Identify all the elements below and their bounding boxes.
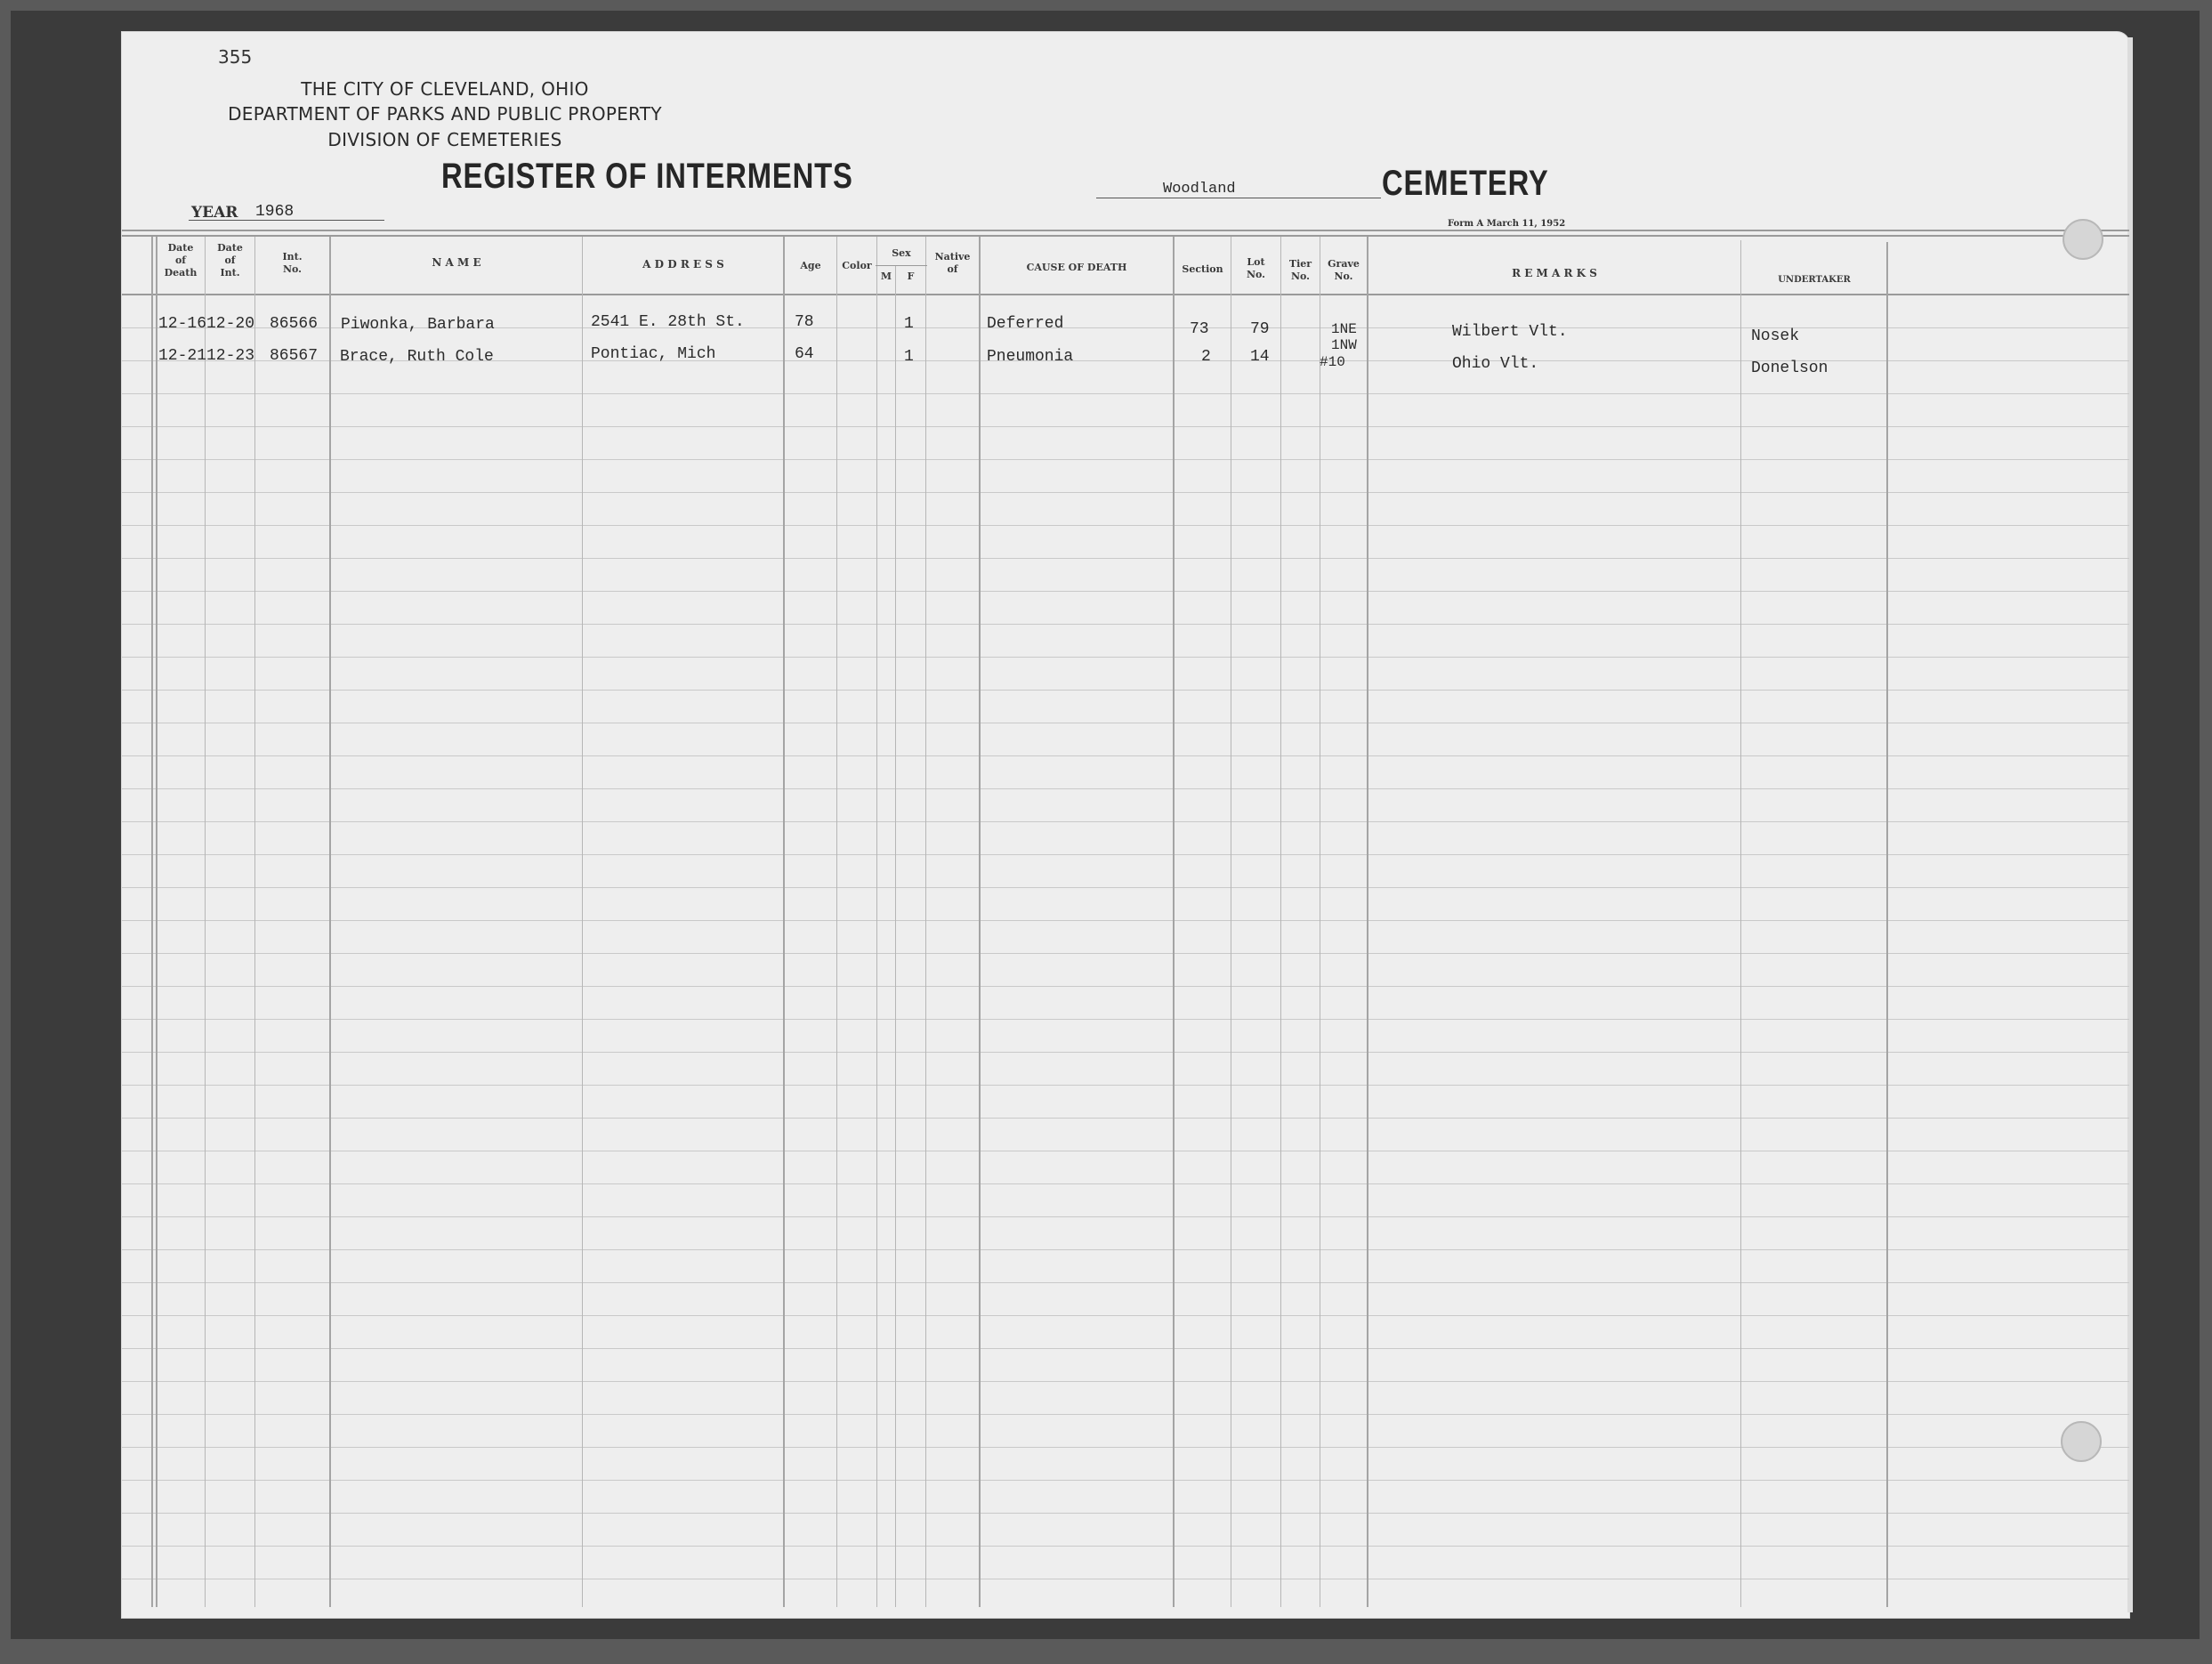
colhead-tier-no: Tier No. bbox=[1281, 258, 1320, 283]
cell-lot-no: 79 bbox=[1250, 320, 1270, 338]
cell-remarks: Ohio Vlt. bbox=[1452, 355, 1538, 373]
ruled-line bbox=[122, 690, 2129, 691]
colhead-sex-f: F bbox=[896, 271, 925, 283]
ruled-line bbox=[122, 558, 2129, 559]
cell-age: 78 bbox=[795, 313, 814, 331]
ruled-line bbox=[122, 788, 2129, 789]
ruled-line bbox=[122, 953, 2129, 954]
cell-grave-no: 1NW bbox=[1331, 337, 1357, 353]
header-department: DEPARTMENT OF PARKS AND PUBLIC PROPERTY bbox=[205, 103, 685, 125]
colhead-lot-no: Lot No. bbox=[1231, 256, 1280, 281]
ruled-line bbox=[122, 525, 2129, 526]
header-bottom-rule bbox=[122, 294, 2129, 295]
header-city: THE CITY OF CLEVELAND, OHIO bbox=[222, 78, 667, 100]
col-line-15 bbox=[1740, 240, 1741, 1607]
cemetery-name: Woodland bbox=[1163, 181, 1236, 198]
cell-undertaker: Nosek bbox=[1751, 327, 1799, 345]
col-line-7 bbox=[876, 237, 877, 1607]
colhead-text: No. bbox=[1320, 271, 1367, 283]
ruled-line bbox=[122, 624, 2129, 625]
top-rule-1 bbox=[122, 230, 2129, 231]
colhead-text: of bbox=[926, 263, 979, 276]
col-line-2 bbox=[254, 237, 255, 1607]
year-value: 1968 bbox=[255, 203, 294, 221]
cell-undertaker: Donelson bbox=[1751, 359, 1828, 377]
colhead-text: Tier bbox=[1281, 258, 1320, 271]
colhead-section: Section bbox=[1175, 263, 1231, 276]
colhead-date-of-int: Date of Int. bbox=[206, 242, 254, 279]
colhead-name: N A M E bbox=[331, 256, 582, 269]
ruled-line bbox=[122, 1183, 2129, 1184]
col-line-14 bbox=[1367, 237, 1368, 1607]
col-line-11 bbox=[1231, 237, 1231, 1607]
ruled-line bbox=[122, 1282, 2129, 1283]
colhead-text: No. bbox=[1231, 269, 1280, 281]
colhead-text: Grave bbox=[1320, 258, 1367, 271]
page-edge bbox=[2127, 37, 2133, 1612]
page-title: REGISTER OF INTERMENTS bbox=[441, 157, 853, 197]
ruled-line bbox=[122, 1216, 2129, 1217]
cell-name: Piwonka, Barbara bbox=[341, 316, 495, 334]
binder-ring-hole-top bbox=[2063, 219, 2103, 260]
ruled-line bbox=[122, 1513, 2129, 1514]
cell-date-of-death: 12-16 bbox=[158, 315, 206, 333]
ruled-line bbox=[122, 459, 2129, 460]
ruled-line bbox=[122, 1249, 2129, 1250]
ruled-line bbox=[122, 1546, 2129, 1547]
ruled-line bbox=[122, 657, 2129, 658]
cell-sex-f: 1 bbox=[904, 315, 914, 333]
ruled-line bbox=[122, 821, 2129, 822]
cell-cause-of-death: Deferred bbox=[987, 315, 1063, 333]
col-line-4 bbox=[582, 237, 583, 1607]
cell-lot-no: 14 bbox=[1250, 348, 1270, 366]
ruled-line bbox=[122, 986, 2129, 987]
cell-date-of-death: 12-21 bbox=[158, 347, 206, 365]
ruled-line bbox=[122, 723, 2129, 723]
cell-age: 64 bbox=[795, 345, 814, 363]
colhead-text: No. bbox=[1281, 271, 1320, 283]
ruled-line bbox=[122, 920, 2129, 921]
cell-section: 73 bbox=[1190, 320, 1209, 338]
col-line-9 bbox=[979, 237, 981, 1607]
ruled-line bbox=[122, 854, 2129, 855]
ruled-line bbox=[122, 1151, 2129, 1151]
colhead-text: Date bbox=[206, 242, 254, 254]
colhead-address: A D D R E S S bbox=[584, 258, 783, 271]
ruled-line bbox=[122, 1414, 2129, 1415]
ruled-line bbox=[122, 1085, 2129, 1086]
sex-header-divider bbox=[876, 265, 927, 266]
colhead-sex: Sex bbox=[877, 247, 925, 260]
ruled-line bbox=[122, 1579, 2129, 1579]
col-line-13 bbox=[1320, 237, 1320, 1607]
ruled-line bbox=[122, 1348, 2129, 1349]
cell-int-no: 86566 bbox=[270, 315, 318, 333]
cell-int-no: 86567 bbox=[270, 347, 318, 365]
colhead-text: Int. bbox=[255, 251, 329, 263]
colhead-text: of bbox=[206, 254, 254, 267]
col-line-3 bbox=[329, 237, 331, 1607]
colhead-remarks: R E M A R K S bbox=[1368, 267, 1740, 279]
cell-cause-of-death: Pneumonia bbox=[987, 348, 1073, 366]
colhead-date-of-death: Date of Death bbox=[157, 242, 205, 279]
cemetery-underline bbox=[1096, 198, 1381, 198]
colhead-text: Native bbox=[926, 251, 979, 263]
col-line-10 bbox=[1173, 237, 1175, 1607]
colhead-undertaker: UNDERTAKER bbox=[1742, 274, 1886, 287]
top-rule-2 bbox=[122, 235, 2129, 237]
cell-grave-no-2: #10 bbox=[1320, 354, 1345, 370]
colhead-text: of bbox=[157, 254, 205, 267]
cell-address: Pontiac, Mich bbox=[591, 345, 715, 363]
colhead-text: Lot bbox=[1231, 256, 1280, 269]
colhead-text: Death bbox=[157, 267, 205, 279]
colhead-grave-no: Grave No. bbox=[1320, 258, 1367, 283]
cell-name: Brace, Ruth Cole bbox=[340, 348, 494, 366]
cell-grave-no: 1NE bbox=[1331, 321, 1357, 337]
col-line-1 bbox=[205, 237, 206, 1607]
col-line-5 bbox=[783, 237, 785, 1607]
binder-ring-hole-bottom bbox=[2061, 1421, 2102, 1462]
col-line-6 bbox=[836, 237, 837, 1607]
col-line-margin-b bbox=[156, 237, 157, 1607]
col-line-margin-a bbox=[151, 237, 153, 1607]
cell-sex-f: 1 bbox=[904, 348, 914, 366]
cemetery-label: CEMETERY bbox=[1382, 164, 1549, 204]
ruled-line bbox=[122, 1447, 2129, 1448]
ruled-line bbox=[122, 1381, 2129, 1382]
ruled-line bbox=[122, 591, 2129, 592]
cell-address: 2541 E. 28th St. bbox=[591, 313, 745, 331]
year-underline bbox=[189, 220, 384, 221]
col-line-12 bbox=[1280, 237, 1281, 1607]
colhead-sex-m: M bbox=[877, 271, 895, 283]
header-division: DIVISION OF CEMETERIES bbox=[222, 129, 667, 150]
ruled-line bbox=[122, 393, 2129, 394]
cell-date-of-int: 12-23 bbox=[206, 347, 254, 365]
col-line-8 bbox=[925, 237, 926, 1607]
colhead-native-of: Native of bbox=[926, 251, 979, 276]
colhead-text: Int. bbox=[206, 267, 254, 279]
ruled-line bbox=[122, 1052, 2129, 1053]
colhead-age: Age bbox=[785, 260, 836, 272]
year-label: YEAR bbox=[191, 204, 238, 222]
ruled-line bbox=[122, 426, 2129, 427]
colhead-text: No. bbox=[255, 263, 329, 276]
cell-remarks: Wilbert Vlt. bbox=[1452, 323, 1568, 341]
col-line-sex-split bbox=[895, 265, 896, 1607]
ruled-line bbox=[122, 1480, 2129, 1481]
ruled-line bbox=[122, 492, 2129, 493]
colhead-text: Date bbox=[157, 242, 205, 254]
page-number: 355 bbox=[218, 46, 252, 68]
colhead-int-no: Int. No. bbox=[255, 251, 329, 276]
ruled-line bbox=[122, 1315, 2129, 1316]
form-note: Form A March 11, 1952 bbox=[1448, 219, 1565, 229]
ruled-line bbox=[122, 755, 2129, 756]
colhead-color: Color bbox=[837, 260, 876, 272]
cell-date-of-int: 12-20 bbox=[206, 315, 254, 333]
ruled-line bbox=[122, 887, 2129, 888]
col-line-16 bbox=[1886, 242, 1888, 1607]
ruled-line bbox=[122, 1118, 2129, 1119]
cell-section: 2 bbox=[1201, 348, 1211, 366]
colhead-cause-of-death: CAUSE OF DEATH bbox=[981, 262, 1173, 274]
ruled-line bbox=[122, 1019, 2129, 1020]
